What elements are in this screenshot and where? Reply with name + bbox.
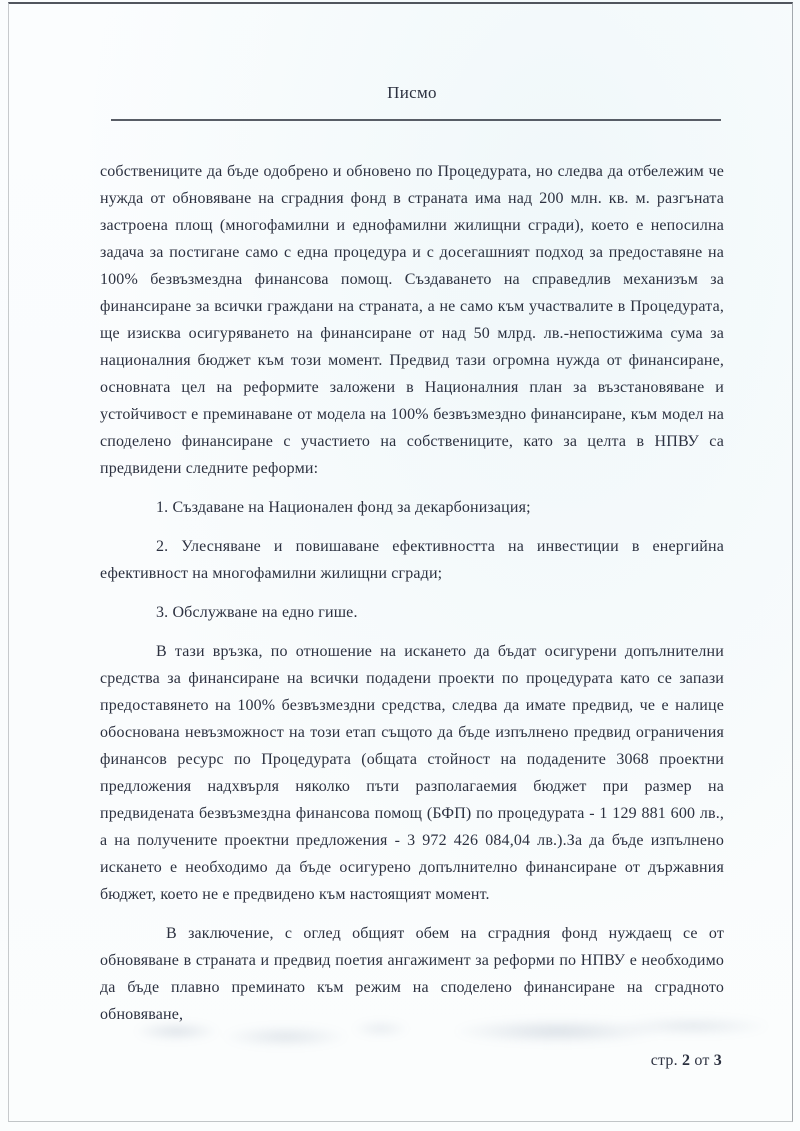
page-title: Писмо [100,83,724,103]
footer-page-total: 3 [714,1052,722,1069]
paragraph-conclusion: В заключение, с оглед общият обем на сгр… [100,920,724,1028]
list-item-3: 3. Обслужване на едно гише. [100,599,724,626]
footer-page-number: 2 [682,1052,690,1069]
list-item-1: 1. Създаване на Национален фонд за декар… [100,494,724,521]
paragraph-continuation: собствениците да бъде одобрено и обновен… [100,158,724,482]
document-body: собствениците да бъде одобрено и обновен… [100,158,724,1028]
title-rule [111,119,721,121]
scanned-letter-page: Писмо собствениците да бъде одобрено и о… [0,0,800,1131]
footer-page-label: стр. [651,1052,678,1069]
footer-separator: от [694,1052,709,1069]
paragraph-request-response: В тази връзка, по отношение на искането … [100,638,724,908]
list-item-2: 2. Улесняване и повишаване ефективността… [100,533,724,587]
page-footer: стр. 2 от 3 [651,1052,722,1070]
